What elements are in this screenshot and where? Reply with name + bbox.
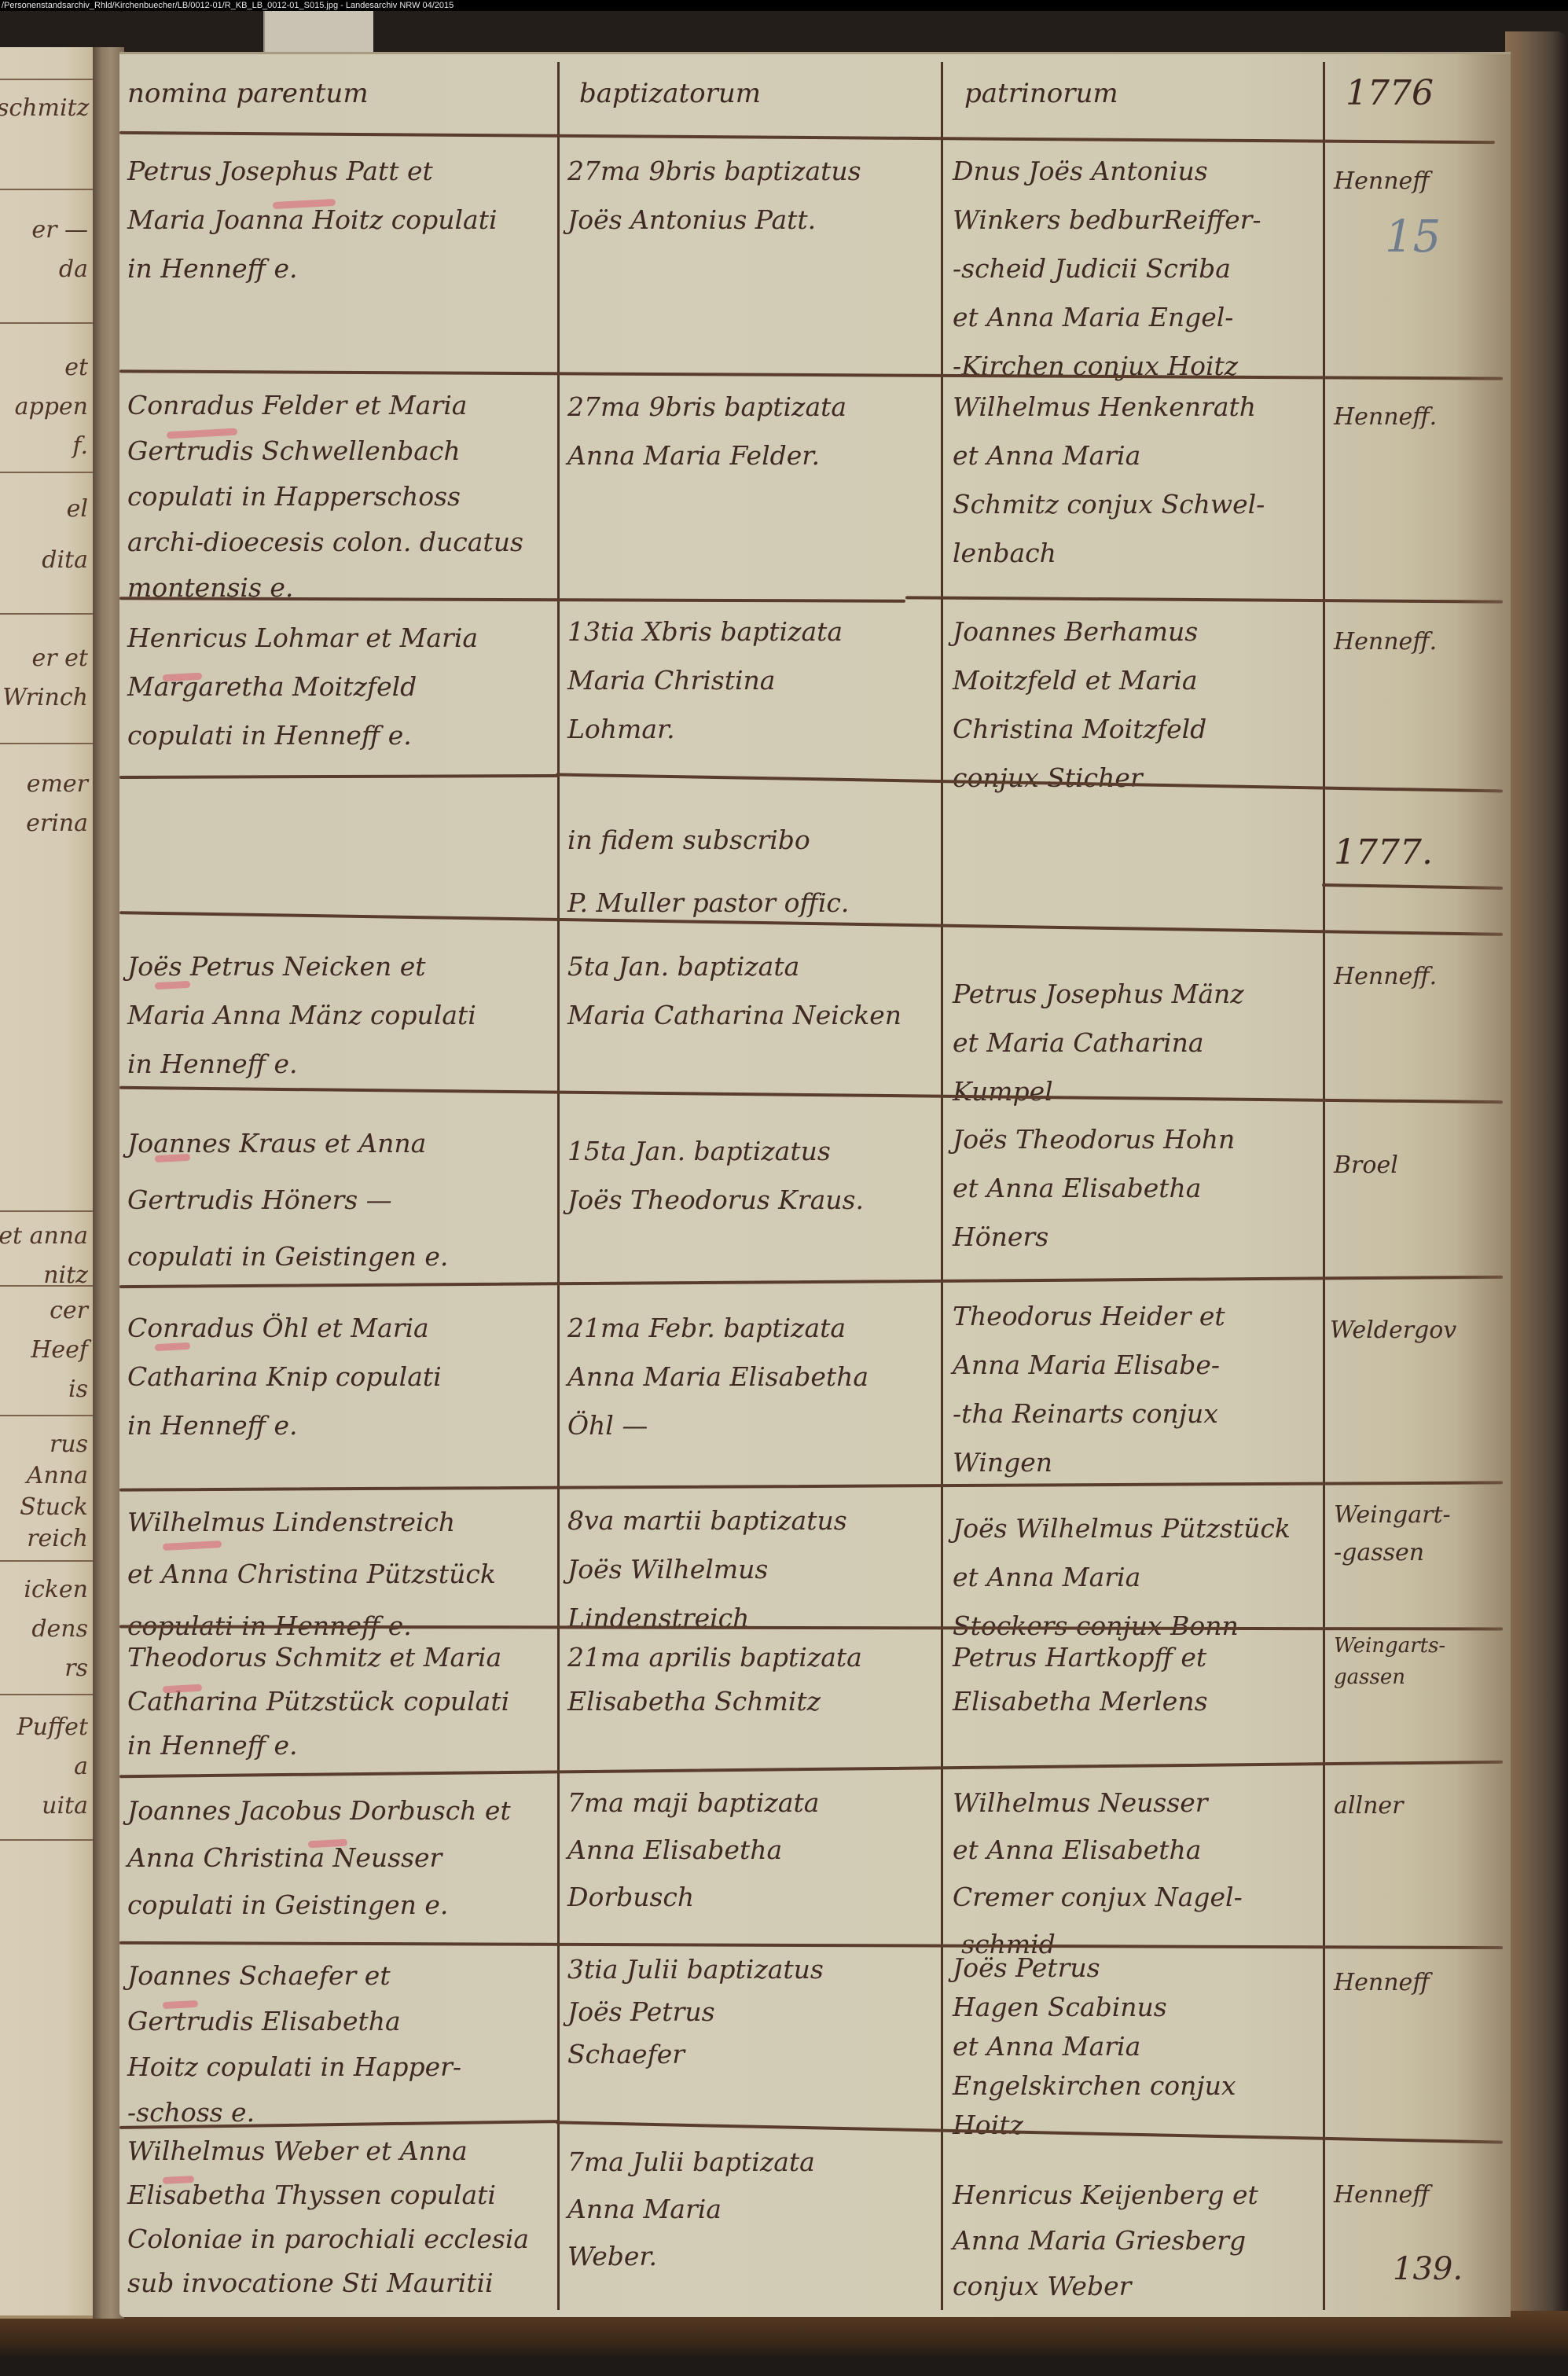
entry-baptized: 21ma aprilis baptizata Elisabetha Schmit… [567,1636,937,1724]
entry-baptized: 5ta Jan. baptizata Maria Catharina Neick… [567,942,937,1040]
prev-page-text: reich [27,1525,88,1552]
prev-page-text: erina [26,810,88,837]
prev-page-text: is [68,1375,88,1403]
ruled-line [0,189,93,190]
entry-parents: Petrus Josephus Patt et Maria Joanna Hoi… [127,147,552,293]
prev-page-text: da [59,255,88,283]
ruled-line [0,1210,93,1212]
entry-baptized: 27ma 9bris baptizata Anna Maria Felder. [567,383,937,480]
entry-place: Henneff. [1334,623,1437,661]
header-rule [119,131,1495,144]
entry-place: Henneff [1334,1964,1430,2002]
entry-godparents: Joannes Berhamus Moitzfeld et Maria Chri… [953,608,1322,802]
book-cover-bottom [0,2311,1568,2376]
entry-baptized: 21ma Febr. baptizata Anna Maria Elisabet… [567,1304,937,1450]
entry-parents: Wilhelmus Weber et Anna Elisabetha Thyss… [127,2129,567,2305]
entry-rule [905,596,1503,603]
entry-godparents: Petrus Josephus Mänz et Maria Catharina … [953,970,1322,1116]
book-cover-top [0,11,1568,58]
prev-page-text: rus [50,1430,88,1458]
year-rule [1322,883,1503,890]
prev-page-text: rs [64,1654,88,1682]
entry-parents: Wilhelmus Lindenstreich et Anna Christin… [127,1496,552,1652]
entry-place: allner [1334,1787,1404,1825]
header-godparents: patrinorum [964,78,1118,109]
prev-page-text: el [67,495,88,523]
entry-place: Broel [1334,1147,1398,1184]
prev-page-text: Stuck [20,1493,88,1521]
prev-page-text: et anna [0,1222,88,1250]
prev-page-text: appen [15,393,88,420]
entry-parents: Conradus Felder et Maria Gertrudis Schwe… [127,383,552,611]
prev-page-text: a [74,1753,88,1780]
entry-parents: Joannes Schaefer et Gertrudis Elisabetha… [127,1953,552,2135]
header-parents: nomina parentum [127,78,369,109]
entry-godparents: Henricus Keijenberg et Anna Maria Griesb… [953,2172,1322,2309]
archive-number: 15 [1385,211,1441,263]
prev-page-text: er et [32,644,88,672]
entry-parents: Theodorus Schmitz et Maria Catharina Püt… [127,1636,552,1768]
ruled-line [0,1285,93,1287]
prev-page-text: Anna [27,1462,88,1489]
prev-page-text: dens [31,1615,88,1643]
entry-place: Henneff [1334,163,1430,200]
entry-baptized: 7ma Julii baptizata Anna Maria Weber. [567,2139,937,2280]
ruled-line [0,79,93,80]
ruled-line [0,1415,93,1416]
ruled-line [0,472,93,473]
entry-parents: Henricus Lohmar et Maria Margaretha Moit… [127,614,552,760]
entry-godparents: Wilhelmus Henkenrath et Anna Maria Schmi… [953,383,1322,578]
year-1777: 1777. [1334,832,1433,872]
entry-godparents: Wilhelmus Neusser et Anna Elisabetha Cre… [953,1779,1322,1968]
entry-rule [119,774,560,779]
entry-baptized: 13tia Xbris baptizata Maria Christina Lo… [567,608,937,754]
entry-baptized: 15ta Jan. baptizatus Joës Theodorus Krau… [567,1127,937,1225]
prev-page-text: et [64,354,88,381]
ruled-line [0,743,93,744]
book-cover-right-edge [1505,31,1568,2311]
ruled-line [0,613,93,615]
prev-page-text: dita [42,546,88,574]
entry-place: Weingart- -gassen [1334,1496,1451,1572]
entry-godparents: Joës Petrus Hagen Scabinus et Anna Maria… [953,1948,1322,2145]
prev-page-text: cer [50,1297,88,1324]
year-1776: 1776 [1346,73,1434,113]
entry-place: Weingarts- gassen [1334,1630,1445,1693]
entry-parents: Joës Petrus Neicken et Maria Anna Mänz c… [127,942,552,1089]
prev-page-text: er — [31,216,88,244]
pastor-signature: in fidem subscribo P. Muller pastor offi… [567,809,937,935]
entry-parents: Joannes Kraus et Anna Gertrudis Höners —… [127,1115,552,1285]
prev-page-text: Heef [31,1336,88,1364]
entry-baptized: 27ma 9bris baptizatus Joës Antonius Patt… [567,147,937,244]
entry-baptized: 8va martii baptizatus Joës Wilhelmus Lin… [567,1496,937,1643]
page-number: 139. [1393,2251,1463,2287]
register-page: nomina parentum baptizatorum patrinorum … [119,52,1511,2317]
prev-page-text: uita [42,1792,88,1820]
entry-baptized: 7ma maji baptizata Anna Elisabetha Dorbu… [567,1779,937,1921]
ruled-line [0,322,93,324]
prev-page-text: icken [24,1576,88,1603]
entry-godparents: Dnus Joës Antonius Winkers bedburReiffer… [953,147,1322,391]
ruled-line [0,1694,93,1695]
entry-place: Henneff. [1334,398,1437,436]
ruled-line [0,1560,93,1562]
ruled-line [0,1839,93,1841]
entry-parents: Conradus Öhl et Maria Catharina Knip cop… [127,1304,552,1450]
prev-page-text: emer [27,770,88,798]
column-divider [557,62,560,2310]
previous-page-sliver: schmitz er — da et appen f. el dita er e… [0,47,93,2319]
prev-page-text: f. [72,432,88,460]
prev-page-text: Puffet [17,1713,88,1741]
entry-godparents: Petrus Hartkopff et Elisabetha Merlens [953,1636,1322,1724]
entry-place: Henneff. [1334,958,1437,996]
prev-page-text: Wrinch [2,684,88,711]
entry-place: Henneff [1334,2176,1430,2214]
column-divider [941,62,943,2310]
entry-place: Weldergov [1330,1312,1456,1350]
header-baptized: baptizatorum [579,78,761,109]
prev-page-text: schmitz [0,94,88,122]
column-divider [1323,62,1325,2310]
entry-parents: Joannes Jacobus Dorbusch et Anna Christi… [127,1787,552,1929]
entry-godparents: Joës Theodorus Hohn et Anna Elisabetha H… [953,1115,1322,1261]
entry-baptized: 3tia Julii baptizatus Joës Petrus Schaef… [567,1948,937,2076]
archive-caption-bar: /Personenstandsarchiv_Rhld/Kirchenbueche… [0,0,1568,11]
entry-godparents: Theodorus Heider et Anna Maria Elisabe- … [953,1292,1322,1487]
